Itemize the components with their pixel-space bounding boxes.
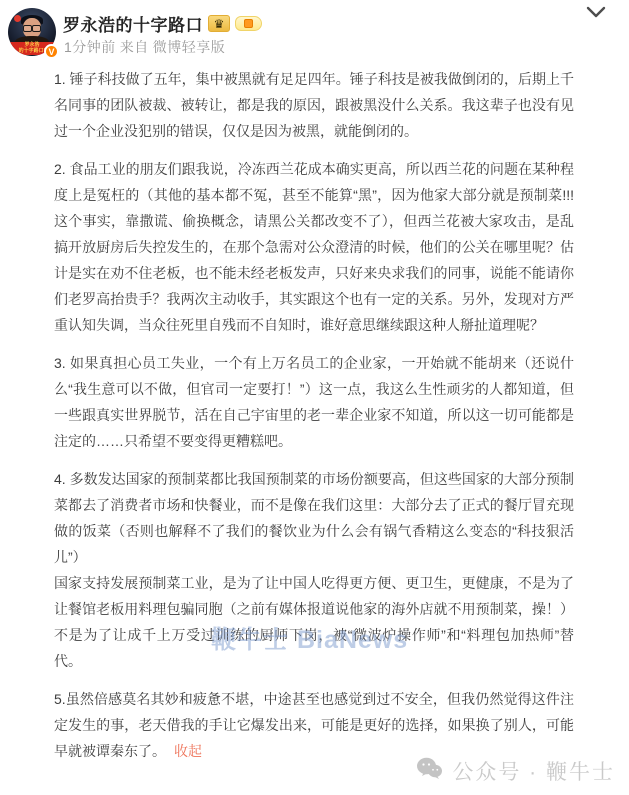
post-meta: 1分钟前来自微博轻享版 bbox=[64, 37, 229, 57]
paragraph-3: 3. 如果真担心员工失业，一个有上万名员工的企业家，一开始就不能胡来（还说什么“… bbox=[54, 350, 574, 454]
avatar[interactable]: 罗永浩 的十字路口! V bbox=[8, 8, 56, 56]
glasses-icon bbox=[23, 25, 41, 31]
paragraph-text: 1. 锤子科技做了五年，集中被黑就有足足四年。锤子科技是被我做倒闭的，后期上千名… bbox=[54, 66, 574, 144]
paragraph-text: 国家支持发展预制菜工业，是为了让中国人吃得更方便、更卫生，更健康，不是为了让餐馆… bbox=[54, 570, 574, 674]
paragraph-text: 4. 多数发达国家的预制菜都比我国预制菜的市场份额要高，但这些国家的大部分预制菜… bbox=[54, 466, 574, 570]
timestamp: 1分钟前 bbox=[64, 39, 116, 55]
paragraph-4: 4. 多数发达国家的预制菜都比我国预制菜的市场份额要高，但这些国家的大部分预制菜… bbox=[54, 466, 574, 674]
source-app[interactable]: 微博轻享版 bbox=[153, 39, 226, 55]
wechat-icon bbox=[416, 757, 443, 786]
vip-level-glyph bbox=[244, 19, 253, 28]
source-prefix: 来自 bbox=[120, 39, 149, 55]
member-crown-badge-icon[interactable]: ♛ bbox=[208, 15, 230, 32]
collapse-link[interactable]: 收起 bbox=[174, 743, 202, 759]
post-content: 1. 锤子科技做了五年，集中被黑就有足足四年。锤子科技是被我做倒闭的，后期上千名… bbox=[54, 66, 574, 776]
paragraph-text: 3. 如果真担心员工失业，一个有上万名员工的企业家，一开始就不能胡来（还说什么“… bbox=[54, 350, 574, 454]
paragraph-5: 5.虽然倍感莫名其妙和疲惫不堪，中途甚至也感觉到过不安全，但我仍然觉得这件注定发… bbox=[54, 686, 574, 764]
paragraph-2: 2. 食品工业的朋友们跟我说，冷冻西兰花成本确实更高，所以西兰花的问题在某种程度… bbox=[54, 156, 574, 338]
name-row: 罗永浩的十字路口 ♛ bbox=[63, 11, 262, 36]
vip-level-badge-icon[interactable] bbox=[235, 16, 262, 31]
post-header: 罗永浩 的十字路口! V 罗永浩的十字路口 ♛ 1分钟前来自微博轻享版 bbox=[0, 0, 629, 60]
watermark-bottom-text: 公众号 · 鞭牛士 bbox=[452, 756, 615, 786]
paragraph-1: 1. 锤子科技做了五年，集中被黑就有足足四年。锤子科技是被我做倒闭的，后期上千名… bbox=[54, 66, 574, 144]
chevron-down-icon[interactable] bbox=[586, 5, 606, 19]
watermark-bottom: 公众号 · 鞭牛士 bbox=[416, 756, 615, 786]
paragraph-text: 2. 食品工业的朋友们跟我说，冷冻西兰花成本确实更高，所以西兰花的问题在某种程度… bbox=[54, 156, 574, 338]
username[interactable]: 罗永浩的十字路口 bbox=[63, 11, 203, 36]
paragraph-text: 5.虽然倍感莫名其妙和疲惫不堪，中途甚至也感觉到过不安全，但我仍然觉得这件注定发… bbox=[54, 691, 574, 759]
avatar-red-dot bbox=[14, 15, 21, 22]
verified-badge-icon: V bbox=[44, 44, 59, 59]
